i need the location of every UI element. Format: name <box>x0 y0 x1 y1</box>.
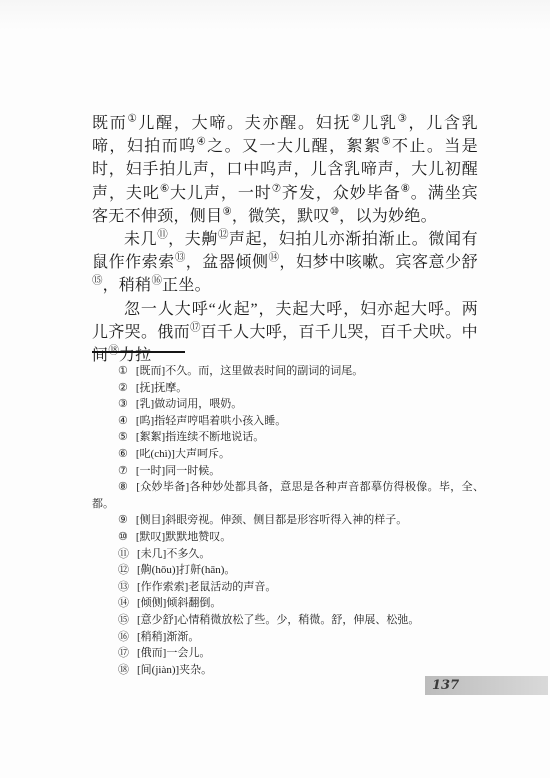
footnote-item: ⑬[作作索索]老鼠活动的声音。 <box>92 579 484 596</box>
footnote-number: ③ <box>118 398 128 410</box>
footnote-item: ⑪[未几]不多久。 <box>92 546 484 563</box>
footnote-number: ⑭ <box>118 597 129 609</box>
footnote-number: ⑨ <box>118 514 128 526</box>
footnote-number: ⑤ <box>118 431 128 443</box>
footnote-text: [默叹]默默地赞叹。 <box>136 531 231 543</box>
footnote-number: ④ <box>118 415 128 427</box>
footnote-number: ⑪ <box>118 548 129 560</box>
footnote-text: [抚]抚摩。 <box>136 382 187 394</box>
footnote-item: ⑭[倾侧]倾斜翻倒。 <box>92 595 484 612</box>
footnote-text: [呜]指轻声哼唱着哄小孩入睡。 <box>136 415 286 427</box>
footnote-item: ⑮[意少舒]心情稍微放松了些。少，稍微。舒，伸展、松弛。 <box>92 612 484 629</box>
footnote-text: [乳]做动词用，喂奶。 <box>136 398 242 410</box>
footnote-number: ⑩ <box>118 531 128 543</box>
footnote-item: ⑤[絮絮]指连续不断地说话。 <box>92 429 484 446</box>
footnote-item: ⑩[默叹]默默地赞叹。 <box>92 529 484 546</box>
footnote-item: ③[乳]做动词用，喂奶。 <box>92 396 484 413</box>
footnote-text: [齁(hōu)]打鼾(hān)。 <box>137 564 235 576</box>
footnote-text: [既而]不久。而，这里做表时间的副词的词尾。 <box>136 365 363 377</box>
footnote-number: ⑥ <box>118 448 128 460</box>
footnote-number: ⑦ <box>118 465 128 477</box>
main-text-block: 既而①儿醒，大啼。夫亦醒。妇抚②儿乳③，儿含乳啼，妇拍而呜④之。又一大儿醒，絮絮… <box>92 112 478 367</box>
footnote-text: [絮絮]指连续不断地说话。 <box>136 431 264 443</box>
footnote-item: ⑯[稍稍]渐渐。 <box>92 629 484 646</box>
footnote-item: ⑨[侧目]斜眼旁视。伸颈、侧目都是形容听得入神的样子。 <box>92 512 484 529</box>
footnote-text: [一时]同一时候。 <box>136 465 220 477</box>
footnote-number: ⑮ <box>118 614 129 626</box>
footnote-text: [俄而]一会儿。 <box>137 647 210 659</box>
footnote-number: ⑫ <box>118 564 129 576</box>
footnote-number: ⑯ <box>118 631 129 643</box>
footnote-text: [稍稍]渐渐。 <box>137 631 199 643</box>
footnote-item: ⑦[一时]同一时候。 <box>92 463 484 480</box>
footnote-number: ⑧ <box>118 481 128 493</box>
footnote-item: ⑰[俄而]一会儿。 <box>92 645 484 662</box>
footnote-text: [叱(chì)]大声呵斥。 <box>136 448 230 460</box>
main-paragraph: 未几⑪，夫齁⑫声起，妇拍儿亦渐拍渐止。微闻有鼠作作索索⑬，盆器倾侧⑭，妇梦中咳嗽… <box>92 228 478 298</box>
footnote-separator <box>92 351 185 353</box>
footnote-text: [众妙毕备]各种妙处都具备，意思是各种声音都摹仿得极像。毕，全、都。 <box>92 481 484 510</box>
footnote-number: ② <box>118 382 128 394</box>
footnote-text: [侧目]斜眼旁视。伸颈、侧目都是形容听得入神的样子。 <box>136 514 407 526</box>
page-number-bar: 137 <box>425 676 548 695</box>
footnote-item: ⑧[众妙毕备]各种妙处都具备，意思是各种声音都摹仿得极像。毕，全、都。 <box>92 479 484 512</box>
footnote-number: ⑱ <box>118 664 129 676</box>
footnote-text: [作作索索]老鼠活动的声音。 <box>137 581 276 593</box>
footnote-text: [未几]不多久。 <box>137 548 210 560</box>
main-paragraph: 忽一人大呼“火起”，夫起大呼，妇亦起大呼。两儿齐哭。俄而⑰百千人大呼，百千儿哭，… <box>92 298 478 368</box>
footnote-number: ① <box>118 365 128 377</box>
footnote-item: ②[抚]抚摩。 <box>92 380 484 397</box>
footnote-text: [意少舒]心情稍微放松了些。少，稍微。舒，伸展、松弛。 <box>137 614 419 626</box>
footnote-item: ⑫[齁(hōu)]打鼾(hān)。 <box>92 562 484 579</box>
footnotes-block: ①[既而]不久。而，这里做表时间的副词的词尾。 ②[抚]抚摩。 ③[乳]做动词用… <box>92 363 484 678</box>
footnote-item: ①[既而]不久。而，这里做表时间的副词的词尾。 <box>92 363 484 380</box>
footnote-item: ⑥[叱(chì)]大声呵斥。 <box>92 446 484 463</box>
footnote-text: [倾侧]倾斜翻倒。 <box>137 597 221 609</box>
footnote-text: [间(jiàn)]夹杂。 <box>137 664 212 676</box>
footnote-number: ⑬ <box>118 581 129 593</box>
page-number: 137 <box>425 676 459 695</box>
textbook-page: 既而①儿醒，大啼。夫亦醒。妇抚②儿乳③，儿含乳啼，妇拍而呜④之。又一大儿醒，絮絮… <box>0 0 550 778</box>
main-paragraph: 既而①儿醒，大啼。夫亦醒。妇抚②儿乳③，儿含乳啼，妇拍而呜④之。又一大儿醒，絮絮… <box>92 112 478 228</box>
footnote-item: ④[呜]指轻声哼唱着哄小孩入睡。 <box>92 413 484 430</box>
footnote-number: ⑰ <box>118 647 129 659</box>
